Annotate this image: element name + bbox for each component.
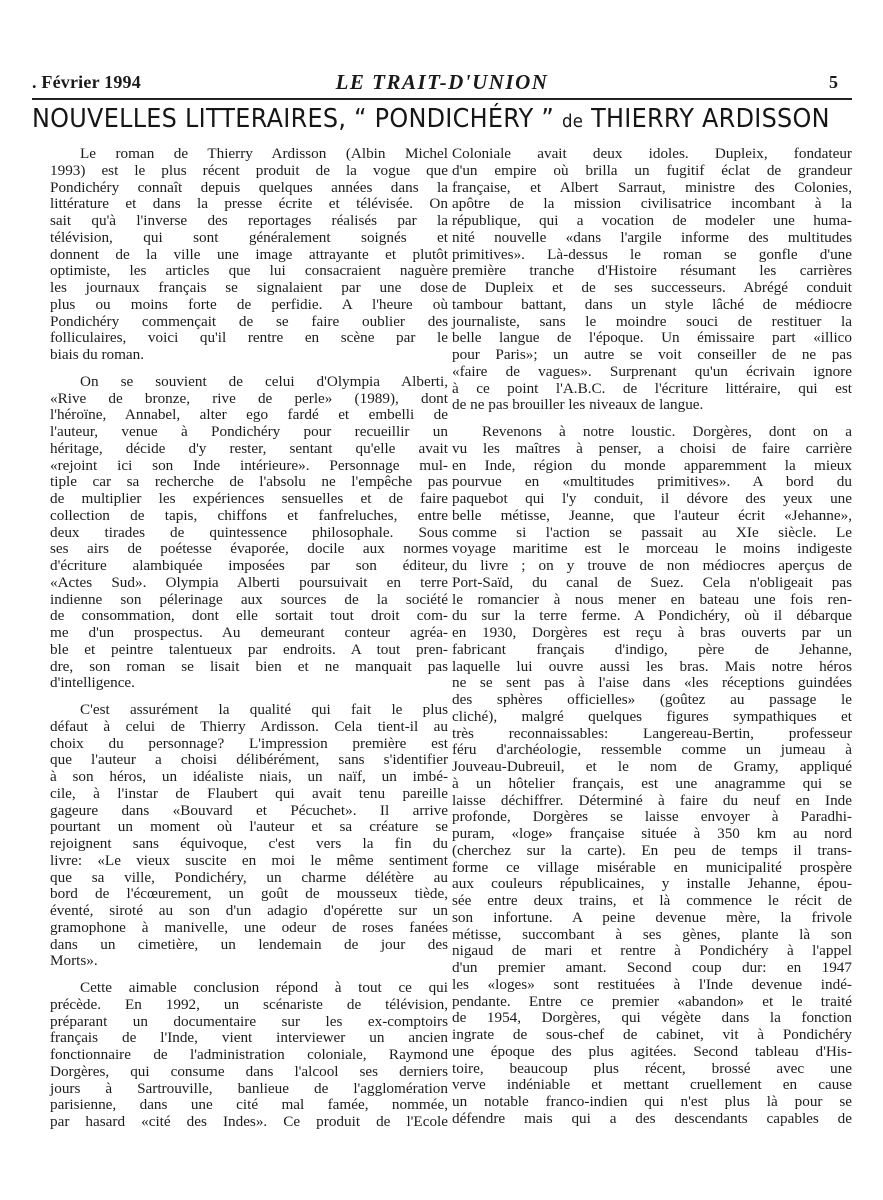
page-number: 5 <box>829 72 838 93</box>
text-line: optimiste, les articles que lui consacra… <box>50 263 448 280</box>
text-line: Jouveau-Dubreuil, et le nom de Gramy, ap… <box>452 759 852 776</box>
text-line: république, qui a vocation de modeler un… <box>452 213 852 230</box>
text-line: collection de tapis, chiffons et fanfrel… <box>50 508 448 525</box>
text-line: choix du personnage? L'impression premiè… <box>50 736 448 753</box>
text-line: Revenons à notre loustic. Dorgères, dont… <box>452 424 852 441</box>
text-line: d'intelligence. <box>50 675 448 692</box>
text-line: métisse, succombant à ses gènes, plante … <box>452 927 852 944</box>
text-line: nigaud de mari et rentre à Pondichéry à … <box>452 943 852 960</box>
text-line: de 1954, Dorgères, qui végète dans la fo… <box>452 1010 852 1027</box>
text-line: laisse déchiffrer. Déterminé à faire du … <box>452 793 852 810</box>
text-line: pour Paris»; un autre se voit conseiller… <box>452 347 852 364</box>
text-line: biais du roman. <box>50 347 448 364</box>
paragraph: On se souvient de celui d'Olympia Albert… <box>50 374 448 692</box>
text-line: défaut à celui de Thierry Ardisson. Cela… <box>50 719 448 736</box>
text-line: française, et Albert Sarraut, ministre d… <box>452 180 852 197</box>
text-line: jours à Sartrouville, banlieue de l'aggl… <box>50 1081 448 1098</box>
text-line: plus ou moins forte de perfidie. A l'heu… <box>50 297 448 314</box>
text-line: des sphères officielles» (goûtez au pass… <box>452 692 852 709</box>
text-line: On se souvient de celui d'Olympia Albert… <box>50 374 448 391</box>
text-line: de Dupleix et de ses successeurs. Abrégé… <box>452 280 852 297</box>
text-line: en 1930, Dorgères est reçu à bras ouvert… <box>452 625 852 642</box>
text-line: indienne son pélerinage aux sources de l… <box>50 592 448 609</box>
title-de: de <box>562 111 583 132</box>
text-line: folliculaires, voici qu'il rentre en scè… <box>50 330 448 347</box>
text-line: le romancier à nous mener en bateau une … <box>452 592 852 609</box>
text-line: d'un premier amant. Second coup dur: en … <box>452 960 852 977</box>
text-line: très reconnaissables: Langereau-Bertin, … <box>452 726 852 743</box>
left-column: Le roman de Thierry Ardisson (Albin Mich… <box>50 146 448 1131</box>
title-part-1: NOUVELLES LITTERAIRES, “ PONDICHÉRY ” <box>32 104 554 134</box>
text-line: par hasard «cité des Indes». Ce produit … <box>50 1114 448 1131</box>
text-line: «Actes Sud». Olympia Alberti poursuivait… <box>50 575 448 592</box>
text-line: un notable franco-indien qui n'est plus … <box>452 1094 852 1111</box>
text-line: les «loges» sont restituées à l'Inde dev… <box>452 977 852 994</box>
text-line: ses airs de poétesse évaporée, docile au… <box>50 541 448 558</box>
text-line: C'est assurément la qualité qui fait le … <box>50 702 448 719</box>
text-line: ne se sent pas à l'aise dans «les récept… <box>452 675 852 692</box>
text-line: fabricant français d'indigo, père de Jeh… <box>452 642 852 659</box>
text-line: toire, beaucoup plus récent, brossé avec… <box>452 1061 852 1078</box>
text-line: nité nouvelle «dans l'argile informe des… <box>452 230 852 247</box>
text-line: à ce point l'A.B.C. de l'écriture littér… <box>452 381 852 398</box>
text-line: fonctionnaire de l'administration coloni… <box>50 1047 448 1064</box>
text-line: journaliste, sans le moindre souci de re… <box>452 314 852 331</box>
text-line: de ne pas brouiller les niveaux de langu… <box>452 397 852 414</box>
text-line: les journaux français se signalaient par… <box>50 280 448 297</box>
text-line: cliché), malgré quelques figures sympath… <box>452 709 852 726</box>
text-line: aux couleurs républicaines, y installe J… <box>452 876 852 893</box>
text-line: livre: «Le vieux suscite en moi le même … <box>50 853 448 870</box>
text-line: Cette aimable conclusion répond à tout c… <box>50 980 448 997</box>
text-line: télévision, qui sont généralement soigné… <box>50 230 448 247</box>
text-line: pourvue en «multitudes primitives». A bo… <box>452 474 852 491</box>
text-line: tiple car sa recherche de l'absolu ne l'… <box>50 474 448 491</box>
text-line: dre, son roman se lisait bien et ne manq… <box>50 659 448 676</box>
text-line: à son héros, un idéaliste niais, un naïf… <box>50 769 448 786</box>
text-line: vu les maîtres à penser, a choisi de fai… <box>452 441 852 458</box>
text-line: verve indéniable et mettant cruellement … <box>452 1077 852 1094</box>
paragraph: Cette aimable conclusion répond à tout c… <box>50 980 448 1131</box>
text-line: littérature et dans la presse écrite et … <box>50 196 448 213</box>
text-line: d'un empire où brilla un fugitif éclat d… <box>452 163 852 180</box>
page-header: . Février 1994 LE TRAIT-D'UNION 5 <box>32 70 852 100</box>
text-line: sait qu'à l'inverse des reportages réali… <box>50 213 448 230</box>
text-line: donnent de la ville une image attrayante… <box>50 247 448 264</box>
text-line: héritage, décide d'y rester, sentant qu'… <box>50 441 448 458</box>
text-line: 1993) est le plus récent produit de la v… <box>50 163 448 180</box>
text-line: Coloniale avait deux idoles. Dupleix, fo… <box>452 146 852 163</box>
text-line: gageure dans «Bouvard et Pécuchet». Il a… <box>50 803 448 820</box>
text-line: «Rive de bronze, rive de perle» (1989), … <box>50 391 448 408</box>
text-line: défendre mais qui a des descendants capa… <box>452 1111 852 1128</box>
text-line: que l'auteur a choisi délibérément, sans… <box>50 752 448 769</box>
text-line: l'auteur, venue à Pondichéry pour recuei… <box>50 424 448 441</box>
text-line: pourtant un moment où l'auteur et sa cré… <box>50 819 448 836</box>
text-line: précède. En 1992, un scénariste de télév… <box>50 997 448 1014</box>
text-line: à un hôtelier français, est une anagramm… <box>452 776 852 793</box>
text-line: me d'un prospectus. Au demeurant conteur… <box>50 625 448 642</box>
text-line: Pondichéry connaît depuis quelques année… <box>50 180 448 197</box>
newspaper-page: . Février 1994 LE TRAIT-D'UNION 5 NOUVEL… <box>0 0 883 1200</box>
text-line: français de l'Inde, vient interviewer un… <box>50 1030 448 1047</box>
text-line: Morts». <box>50 953 448 970</box>
text-line: ingrate de sous-chef de cabinet, vit à P… <box>452 1027 852 1044</box>
text-line: pendante. Entre ce premier «abandon» et … <box>452 994 852 1011</box>
right-column: Coloniale avait deux idoles. Dupleix, fo… <box>452 146 852 1128</box>
text-line: comme si l'action se passait au XIe sièc… <box>452 525 852 542</box>
text-line: belle langue de l'époque. Un émissaire p… <box>452 330 852 347</box>
text-line: du livre ; on y trouve de non médiocres … <box>452 558 852 575</box>
text-line: l'héroïne, Annabel, alter ego fardé et e… <box>50 407 448 424</box>
text-line: laquelle lui ouvre aussi les bras. Mais … <box>452 659 852 676</box>
text-line: puram, «loge» française située à 350 km … <box>452 826 852 843</box>
text-line: «rejoint ici son Inde intérieure». Perso… <box>50 458 448 475</box>
text-line: belle métisse, Jeanne, que l'auteur écri… <box>452 508 852 525</box>
paragraph: Coloniale avait deux idoles. Dupleix, fo… <box>452 146 852 414</box>
text-line: bord de l'écœurement, un goût de mousseu… <box>50 886 448 903</box>
text-line: Pondichéry commençait de se faire oublie… <box>50 314 448 331</box>
text-line: de consommation, dont elle sortait tout … <box>50 608 448 625</box>
text-line: en Inde, région du monde apparemment la … <box>452 458 852 475</box>
text-line: paquebot qui l'y conduit, il dévore des … <box>452 491 852 508</box>
text-line: son infortune. A peine devenue mère, la … <box>452 910 852 927</box>
text-line: primitives». Là-dessus le roman se gonfl… <box>452 247 852 264</box>
text-line: profonde, Dorgères se laisse envoyer à P… <box>452 809 852 826</box>
text-line: parisienne, dans une cité mal famée, nom… <box>50 1097 448 1114</box>
text-line: que sa ville, Pondichéry, un charme délé… <box>50 870 448 887</box>
text-line: Le roman de Thierry Ardisson (Albin Mich… <box>50 146 448 163</box>
text-line: gramophone à manivelle, une odeur de ros… <box>50 920 448 937</box>
text-line: Dorgères, qui consume dans l'alcool ses … <box>50 1064 448 1081</box>
text-line: première tranche d'Histoire résumant les… <box>452 263 852 280</box>
text-line: voyage maritime est le morceau le moins … <box>452 541 852 558</box>
publication-name: LE TRAIT-D'UNION <box>32 70 852 95</box>
paragraph: C'est assurément la qualité qui fait le … <box>50 702 448 970</box>
text-line: deux tirades de quintessence philosophal… <box>50 525 448 542</box>
paragraph: Revenons à notre loustic. Dorgères, dont… <box>452 424 852 1128</box>
text-line: apôtre de la mission civilisatrice incom… <box>452 196 852 213</box>
text-line: sée entre deux trains, et là commence le… <box>452 893 852 910</box>
article-title: NOUVELLES LITTERAIRES, “ PONDICHÉRY ” de… <box>32 104 792 140</box>
text-line: rejoignent sans équivoque, c'est vers la… <box>50 836 448 853</box>
text-line: (cherchez sur la carte). En peu de temps… <box>452 843 852 860</box>
paragraph: Le roman de Thierry Ardisson (Albin Mich… <box>50 146 448 364</box>
text-line: tambour battant, dans un style lâché de … <box>452 297 852 314</box>
text-line: dans un cimetière, un lendemain de jour … <box>50 937 448 954</box>
text-line: du sur la terre ferme. A Pondichéry, où … <box>452 608 852 625</box>
text-line: éventé, siroté au son d'un adagio d'opér… <box>50 903 448 920</box>
text-line: «faire de vagues». Surprenant qu'un écri… <box>452 364 852 381</box>
text-line: préparant un documentaire sur les ex-com… <box>50 1014 448 1031</box>
text-line: forme ce village misérable en municipali… <box>452 860 852 877</box>
text-line: cile, à l'instar de Flaubert qui avait t… <box>50 786 448 803</box>
text-line: féru d'archéologie, ressemble comme un j… <box>452 742 852 759</box>
text-line: Port-Saïd, du canal de Suez. Cela n'obli… <box>452 575 852 592</box>
text-line: d'écriture alambiquée imposées par son é… <box>50 558 448 575</box>
text-line: une époque des plus agitées. Second tabl… <box>452 1044 852 1061</box>
text-line: de multiplier les expériences sensuelles… <box>50 491 448 508</box>
title-part-2: THIERRY ARDISSON <box>591 104 830 134</box>
text-line: ble et peintre talentueux par endroits. … <box>50 642 448 659</box>
